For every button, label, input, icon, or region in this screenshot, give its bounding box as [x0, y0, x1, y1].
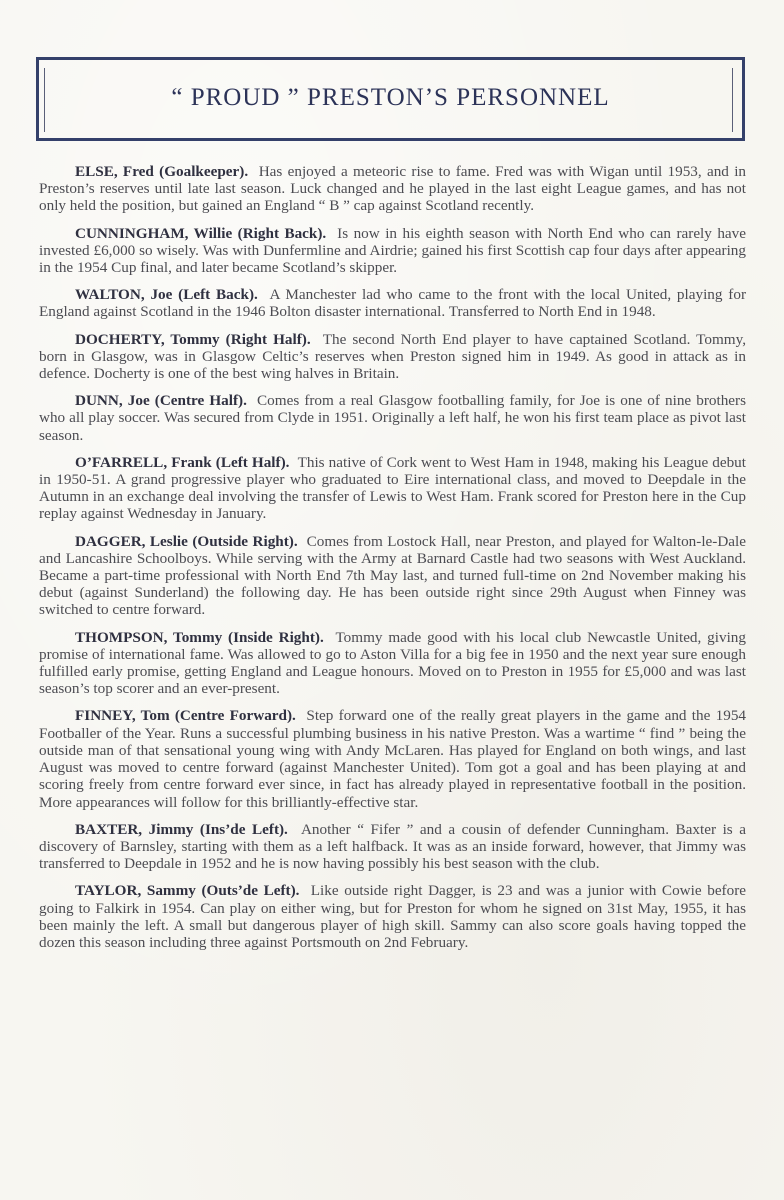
player-name: DUNN, Joe (Centre Half).	[75, 392, 247, 409]
player-name: BAXTER, Jimmy (Ins’de Left).	[75, 821, 288, 838]
player-entry-walton: WALTON, Joe (Left Back). A Manchester la…	[39, 286, 746, 320]
player-name: THOMPSON, Tommy (Inside Right).	[75, 629, 324, 646]
player-entry-finney: FINNEY, Tom (Centre Forward). Step forwa…	[39, 707, 746, 810]
player-name: ELSE, Fred (Goalkeeper).	[75, 163, 248, 180]
player-name: FINNEY, Tom (Centre Forward).	[75, 707, 296, 724]
page-title: “ PROUD ” PRESTON’S PERSONNEL	[39, 84, 742, 112]
programme-page: “ PROUD ” PRESTON’S PERSONNEL ELSE, Fred…	[0, 0, 784, 1200]
player-name: WALTON, Joe (Left Back).	[75, 286, 258, 303]
title-banner: “ PROUD ” PRESTON’S PERSONNEL	[36, 57, 745, 141]
player-entry-ofarrell: O’FARRELL, Frank (Left Half). This nativ…	[39, 454, 746, 523]
player-entry-docherty: DOCHERTY, Tommy (Right Half). The second…	[39, 331, 746, 383]
player-entry-dagger: DAGGER, Leslie (Outside Right). Comes fr…	[39, 533, 746, 619]
player-entry-dunn: DUNN, Joe (Centre Half). Comes from a re…	[39, 392, 746, 444]
player-name: DOCHERTY, Tommy (Right Half).	[75, 331, 311, 348]
player-name: O’FARRELL, Frank (Left Half).	[75, 454, 289, 471]
player-name: CUNNINGHAM, Willie (Right Back).	[75, 225, 326, 242]
player-entry-else: ELSE, Fred (Goalkeeper). Has enjoyed a m…	[39, 163, 746, 215]
player-entry-baxter: BAXTER, Jimmy (Ins’de Left). Another “ F…	[39, 821, 746, 873]
player-name: TAYLOR, Sammy (Outs’de Left).	[75, 882, 299, 899]
player-name: DAGGER, Leslie (Outside Right).	[75, 533, 298, 550]
player-entry-thompson: THOMPSON, Tommy (Inside Right). Tommy ma…	[39, 629, 746, 698]
player-entry-cunningham: CUNNINGHAM, Willie (Right Back). Is now …	[39, 225, 746, 277]
player-entry-taylor: TAYLOR, Sammy (Outs’de Left). Like outsi…	[39, 882, 746, 951]
player-profiles: ELSE, Fred (Goalkeeper). Has enjoyed a m…	[39, 163, 746, 961]
